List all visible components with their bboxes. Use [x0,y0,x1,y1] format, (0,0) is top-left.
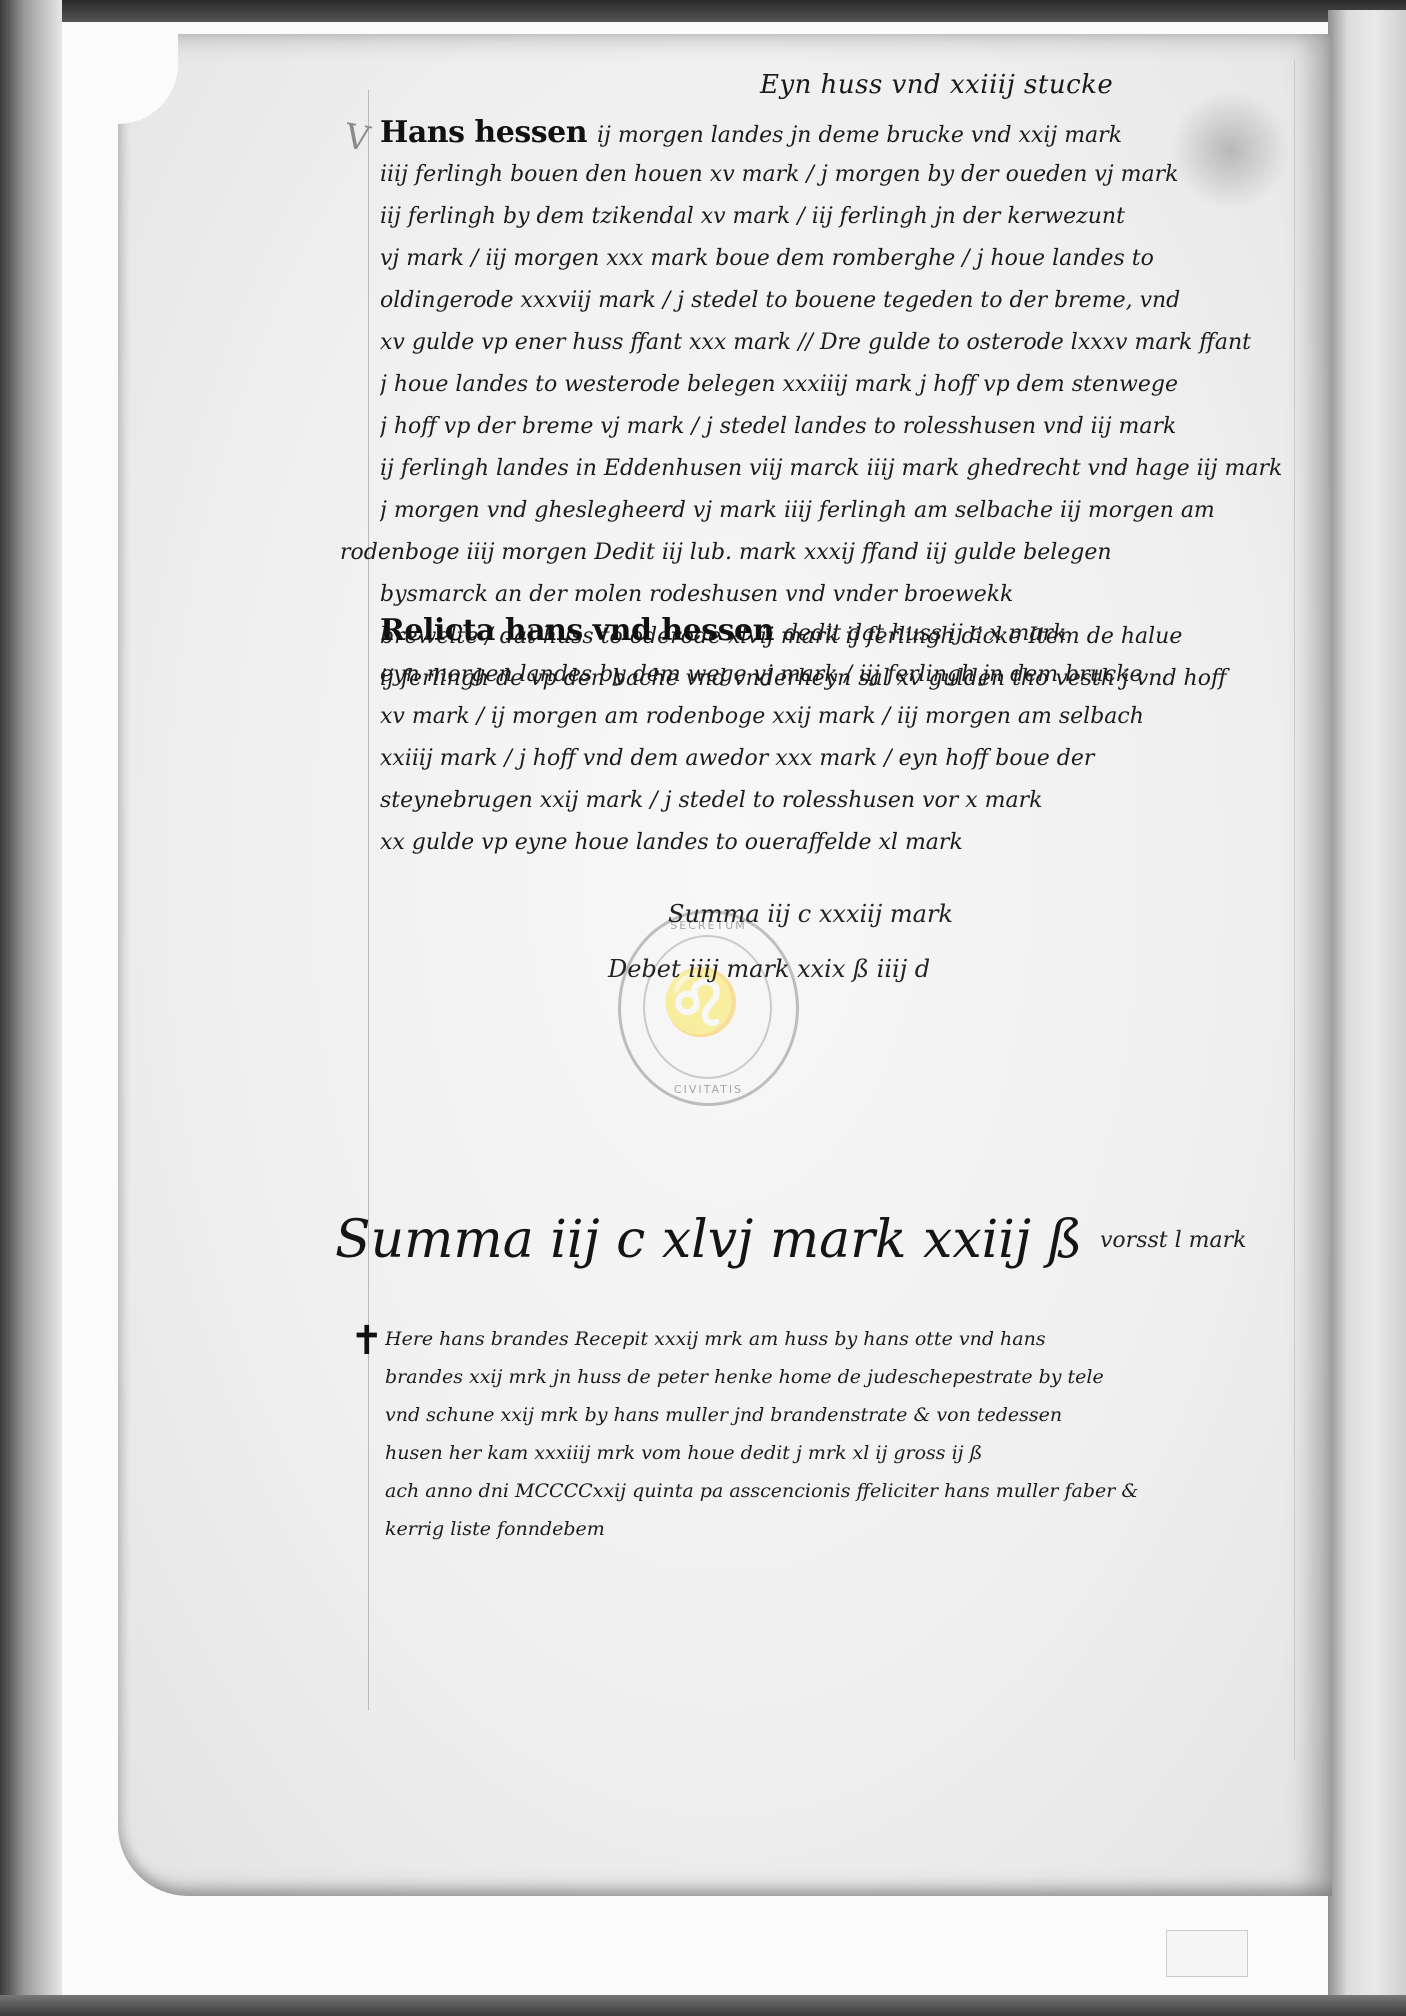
entry-line: husen her kam xxxiiij mrk vom houe dedit… [385,1434,1285,1472]
entry-name: Hans hessen [380,115,587,150]
entry-line: j hoff vp der breme vj mark / j stedel l… [380,406,1310,448]
archive-stamp: SECRETUM CIVITATIS ♌ [618,910,799,1106]
entry-line: iiij ferlingh bouen den houen xv mark / … [380,154,1310,196]
entry-line: xv gulde vp ener huss ffant xxx mark // … [380,322,1310,364]
entry-line: Relicta hans vnd hessendedit dat huss ij… [380,608,1310,654]
subtotal-summa: Summa iij c xxxiij mark [668,900,953,928]
entry-line: iij ferlingh by dem tzikendal xv mark / … [380,196,1310,238]
entry-line: ach anno dni MCCCCxxij quinta pa asscenc… [385,1472,1285,1510]
page-stack-edge [8,0,10,2016]
entry-line: Here hans brandes Recepit xxxij mrk am h… [385,1320,1285,1358]
entry-line: steynebrugen xxij mark / j stedel to rol… [380,780,1310,822]
book-binding-top [0,0,1406,22]
entry-line: xv mark / ij morgen am rodenboge xxij ma… [380,696,1310,738]
entry-line: xxiiij mark / j hoff vnd dem awedor xxx … [380,738,1310,780]
entry-line: j morgen vnd gheslegheerd vj mark iiij f… [380,490,1310,532]
entry-line: oldingerode xxxviij mark / j stedel to b… [380,280,1310,322]
entry-line: Hans hessenij morgen landes jn deme bruc… [380,112,1310,154]
entry-line: brandes xxij mrk jn huss de peter henke … [385,1358,1285,1396]
entry-line: ij ferlingh landes in Eddenhusen viij ma… [380,448,1310,490]
entry-line: vnd schune xxij mrk by hans muller jnd b… [385,1396,1285,1434]
cross-mark-icon: ✝ [350,1318,384,1364]
entry-line: vj mark / iij morgen xxx mark boue dem r… [380,238,1310,280]
subtotal-debet: Debet iiij mark xxix ß iiij d [608,955,930,983]
entry-hans-brandes: Here hans brandes Recepit xxxij mrk am h… [385,1320,1285,1548]
book-binding-bottom [0,1995,1406,2016]
facing-page-edge [1328,10,1406,2000]
bleed-through-text [420,930,426,954]
entry-line: eyn morgen landes by dem wege vj mark / … [380,654,1310,696]
entry-relicta-hans: Relicta hans vnd hessendedit dat huss ij… [380,608,1310,864]
entry-line: rodenboge iiij morgen Dedit iij lub. mar… [340,532,1310,574]
entry-name: Relicta hans vnd hessen [380,613,774,648]
grand-total-note: vorsst l mark [1100,1228,1246,1253]
entry-line: kerrig liste fonndebem [385,1510,1285,1548]
page-heading: Eyn huss vnd xxiiij stucke [760,70,1113,100]
grand-total: Summa iij c xlvj mark xxiij ß [335,1210,1082,1270]
margin-ruling-left [368,90,369,1710]
paper-tab [1166,1930,1248,1977]
book-spine-left [0,0,62,2016]
entry-line: j houe landes to westerode belegen xxxii… [380,364,1310,406]
entry-line: xx gulde vp eyne houe landes to oueraffe… [380,822,1310,864]
